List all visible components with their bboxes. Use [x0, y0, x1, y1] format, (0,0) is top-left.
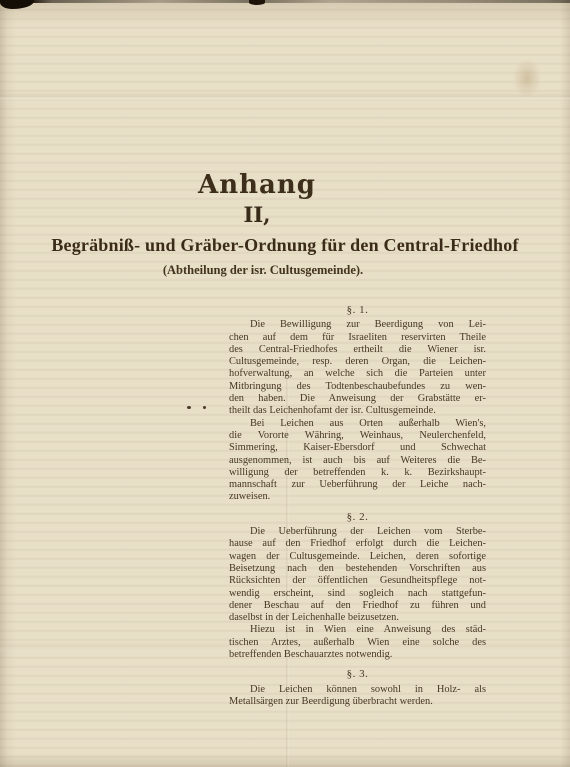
- text-line: Hiezu ist in Wien eine Anweisung des stä…: [229, 624, 486, 636]
- paper-crease-horizontal: [0, 92, 570, 102]
- scan-artifact-speck: [187, 406, 191, 409]
- document-body: §. 1.Die Bewilligung zur Beerdigung von …: [229, 297, 486, 708]
- text-line: dener Beschau auf den Friedhof zu führen…: [229, 600, 486, 612]
- paragraph: Die Ueberführung der Leichen vom Sterbe-…: [229, 526, 486, 624]
- section: §. 1.Die Bewilligung zur Beerdigung von …: [229, 304, 486, 504]
- paragraph: Die Leichen können sowohl in Holz- alsMe…: [229, 684, 486, 709]
- text-line: Beisetzung nach den bestehenden Vorschri…: [229, 563, 486, 575]
- paragraph: Bei Leichen aus Orten außerhalb Wien's,d…: [229, 418, 486, 504]
- document-subtitle: (Abtheilung der isr. Cultusgemeinde).: [0, 262, 548, 278]
- section: §. 2.Die Ueberführung der Leichen vom St…: [229, 511, 486, 662]
- text-line: wendig erscheint, sind sogleich nach sta…: [229, 588, 486, 600]
- text-line: Bei Leichen aus Orten außerhalb Wien's,: [229, 418, 486, 430]
- section-mark: §. 2.: [229, 511, 486, 523]
- text-line: Mitbringung des Todtenbeschaubefundes zu…: [229, 381, 486, 393]
- text-line: Cultusgemeinde, resp. deren Organ, die L…: [229, 356, 486, 368]
- section: §. 3.Die Leichen können sowohl in Holz- …: [229, 668, 486, 708]
- text-line: betreffenden Beschauarztes notwendig.: [229, 649, 486, 661]
- heading-anhang: Anhang: [0, 170, 542, 200]
- text-line: Die Ueberführung der Leichen vom Sterbe-: [229, 526, 486, 538]
- text-line: Metallsärgen zur Beerdigung überbracht w…: [229, 696, 486, 708]
- heading-top-block: Anhang II,: [0, 170, 542, 228]
- heading-numeral: II,: [0, 202, 542, 228]
- text-line: hofverwaltung, an welche sich die Partei…: [229, 368, 486, 380]
- scanned-document-page: Anhang II, Begräbniß- und Gräber-Ordnung…: [0, 0, 570, 767]
- text-line: Die Bewilligung zur Beerdigung von Lei-: [229, 319, 486, 331]
- text-line: Rücksichten der öffentlichen Gesundheits…: [229, 575, 486, 587]
- paragraph: Die Bewilligung zur Beerdigung von Lei-c…: [229, 319, 486, 417]
- text-line: des Central-Friedhofes ertheilt die Wien…: [229, 344, 486, 356]
- text-line: tischen Arztes, außerhalb Wien eine solc…: [229, 637, 486, 649]
- text-line: hause auf den Friedhof erfolgt durch die…: [229, 538, 486, 550]
- text-line: theilt das Leichenhofamt der isr. Cultus…: [229, 405, 486, 417]
- text-line: wagen der Cultusgemeinde. Leichen, deren…: [229, 551, 486, 563]
- text-line: chen auf dem für Israeliten reservirten …: [229, 332, 486, 344]
- document-heading: Anhang II, Begräbniß- und Gräber-Ordnung…: [0, 170, 570, 278]
- text-line: den haben. Die Anweisung der Grabstätte …: [229, 393, 486, 405]
- section-mark: §. 1.: [229, 304, 486, 316]
- text-line: ausgenommen, ist auch bis auf Weiteres d…: [229, 455, 486, 467]
- text-line: die Vororte Währing, Weinhaus, Neulerche…: [229, 430, 486, 442]
- paragraph: Hiezu ist in Wien eine Anweisung des stä…: [229, 624, 486, 661]
- text-line: zuweisen.: [229, 491, 486, 503]
- section-mark: §. 3.: [229, 668, 486, 680]
- scan-artifact-top-edge: [0, 0, 570, 3]
- document-title: Begräbniß- und Gräber-Ordnung für den Ce…: [0, 234, 570, 256]
- text-line: daselbst in der Leichenhalle beizusetzen…: [229, 612, 486, 624]
- text-line: Simmering, Kaiser-Ebersdorf und Schwecha…: [229, 442, 486, 454]
- scan-artifact-corner-blob: [0, 0, 34, 9]
- scan-artifact-speck: [203, 406, 206, 409]
- text-line: Die Leichen können sowohl in Holz- als: [229, 684, 486, 696]
- text-line: willigung der betreffenden k. k. Bezirks…: [229, 467, 486, 479]
- text-line: mannschaft zur Ueberführung der Leiche n…: [229, 479, 486, 491]
- scan-artifact-top-blob: [249, 0, 265, 5]
